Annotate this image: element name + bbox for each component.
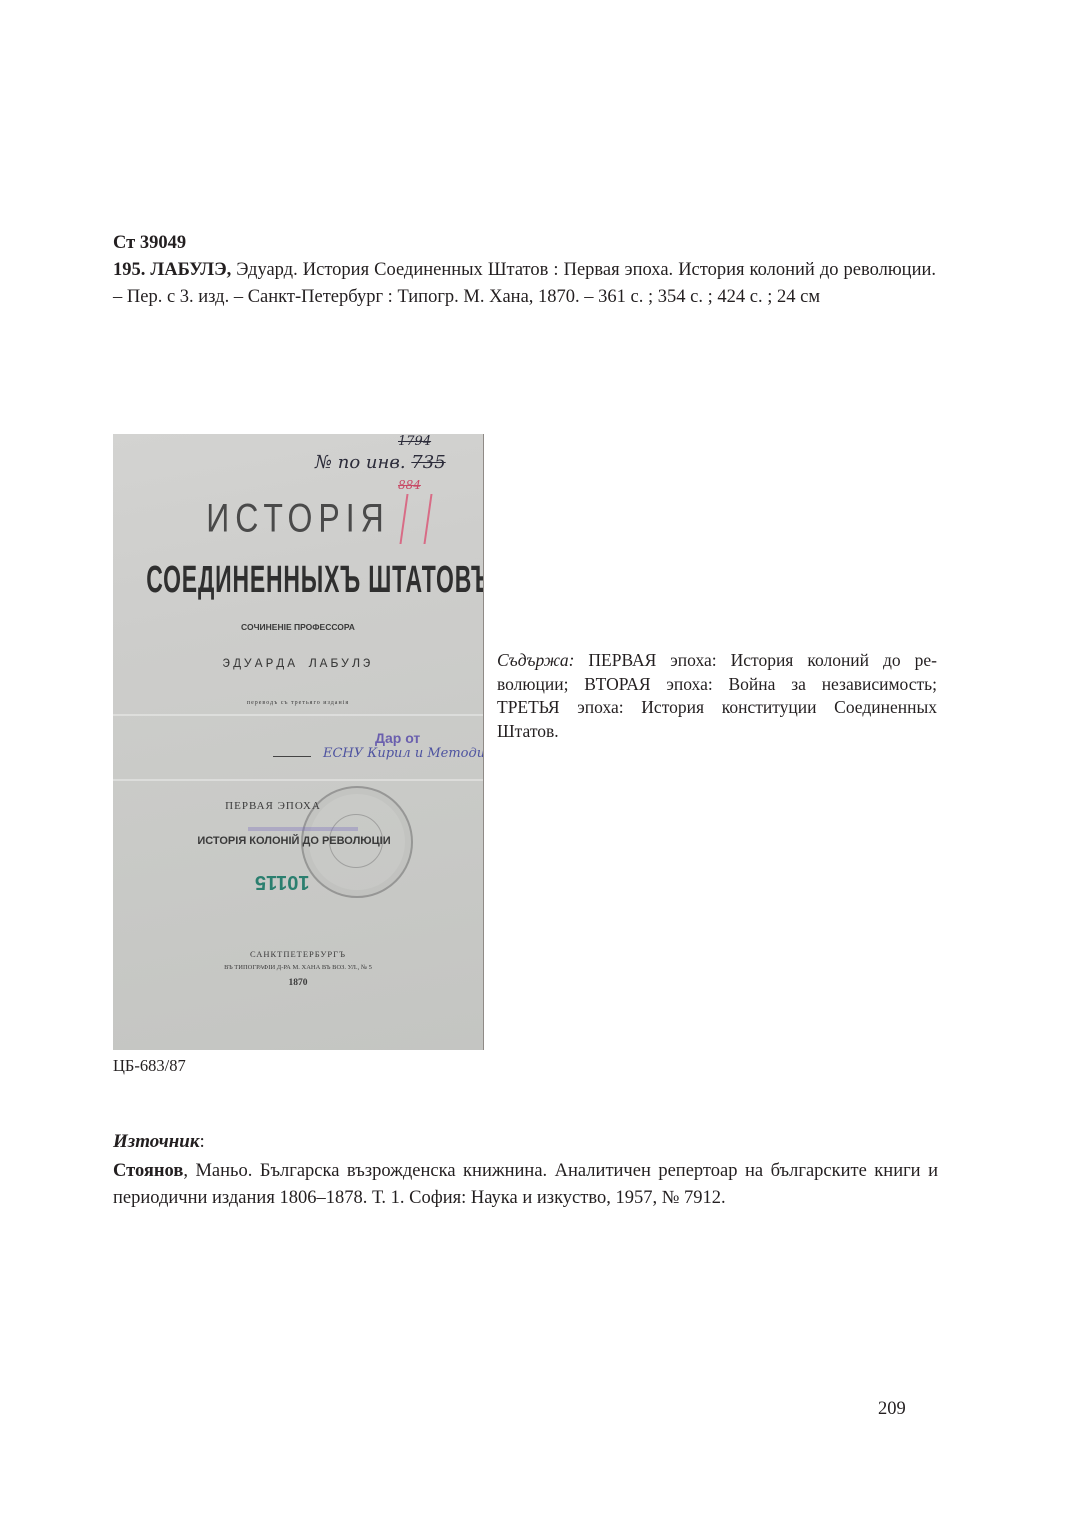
page-fold xyxy=(113,714,483,716)
book-translation-note: переводъ съ третьяго изданiя xyxy=(113,700,483,706)
entry-number: 195. xyxy=(113,260,145,280)
book-title-line2: СОЕДИНЕННЫХЪ ШТАТОВЪ xyxy=(146,558,449,601)
source-text: , Маньо. Българска възрожденска книжнина… xyxy=(113,1161,938,1208)
contents-note: Съдържа: ПЕРВАЯ эпоха: История колоний д… xyxy=(497,649,937,743)
book-title-line1: ИСТОРIЯ xyxy=(113,495,483,541)
title-page-photo: 1794 № по инв. 735 884 ИСТОРIЯ СОЕДИНЕНН… xyxy=(113,434,484,1050)
author-surname: ЛАБУЛЭ, xyxy=(150,260,231,280)
book-epoch: ПЕРВАЯ ЭПОХА xyxy=(113,800,458,812)
bibliographic-entry: 195. ЛАБУЛЭ, Эдуард. История Соединенных… xyxy=(113,257,936,311)
green-number-stamp: 10115 xyxy=(255,870,310,893)
ornament-rule xyxy=(273,756,311,757)
source-author: Стоянов xyxy=(113,1161,183,1181)
source-heading: Източник: xyxy=(113,1131,205,1153)
contents-label: Съдържа: xyxy=(497,650,574,670)
handwritten-number: 1794 xyxy=(398,434,431,449)
gift-stamp: Дар от xyxy=(375,730,420,746)
purple-stamp-trace xyxy=(248,827,358,831)
handwritten-inventory: № по инв. 735 xyxy=(315,452,446,473)
book-city: САНКТПЕТЕРБУРГЪ xyxy=(113,949,483,959)
photo-caption: ЦБ-683/87 xyxy=(113,1056,186,1076)
shelf-mark: Ст 39049 xyxy=(113,230,936,257)
source-citation: Стоянов, Маньо. Българска възрожденска к… xyxy=(113,1158,938,1212)
handwritten-donor: ЕСНУ Кирил и Методий xyxy=(323,746,484,761)
page-fold xyxy=(113,779,483,781)
book-author: ЭДУАРДА ЛАБУЛЭ xyxy=(113,656,483,671)
book-printer: ВЪ ТИПОГРАФIИ Д-РА М. ХАНА ВЪ ВОЗ. УЛ., … xyxy=(113,964,483,971)
entry-description: Эдуард. История Соединенных Штатов : Пер… xyxy=(113,260,936,307)
page-number: 209 xyxy=(878,1399,906,1420)
book-by-line: СОЧИНЕНIЕ ПРОФЕССОРА xyxy=(113,622,483,632)
handwritten-red-number: 884 xyxy=(398,478,421,492)
book-epoch-title: ИСТОРIЯ КОЛОНIЙ ДО РЕВОЛЮЦIИ xyxy=(113,835,479,847)
book-year: 1870 xyxy=(113,978,483,988)
